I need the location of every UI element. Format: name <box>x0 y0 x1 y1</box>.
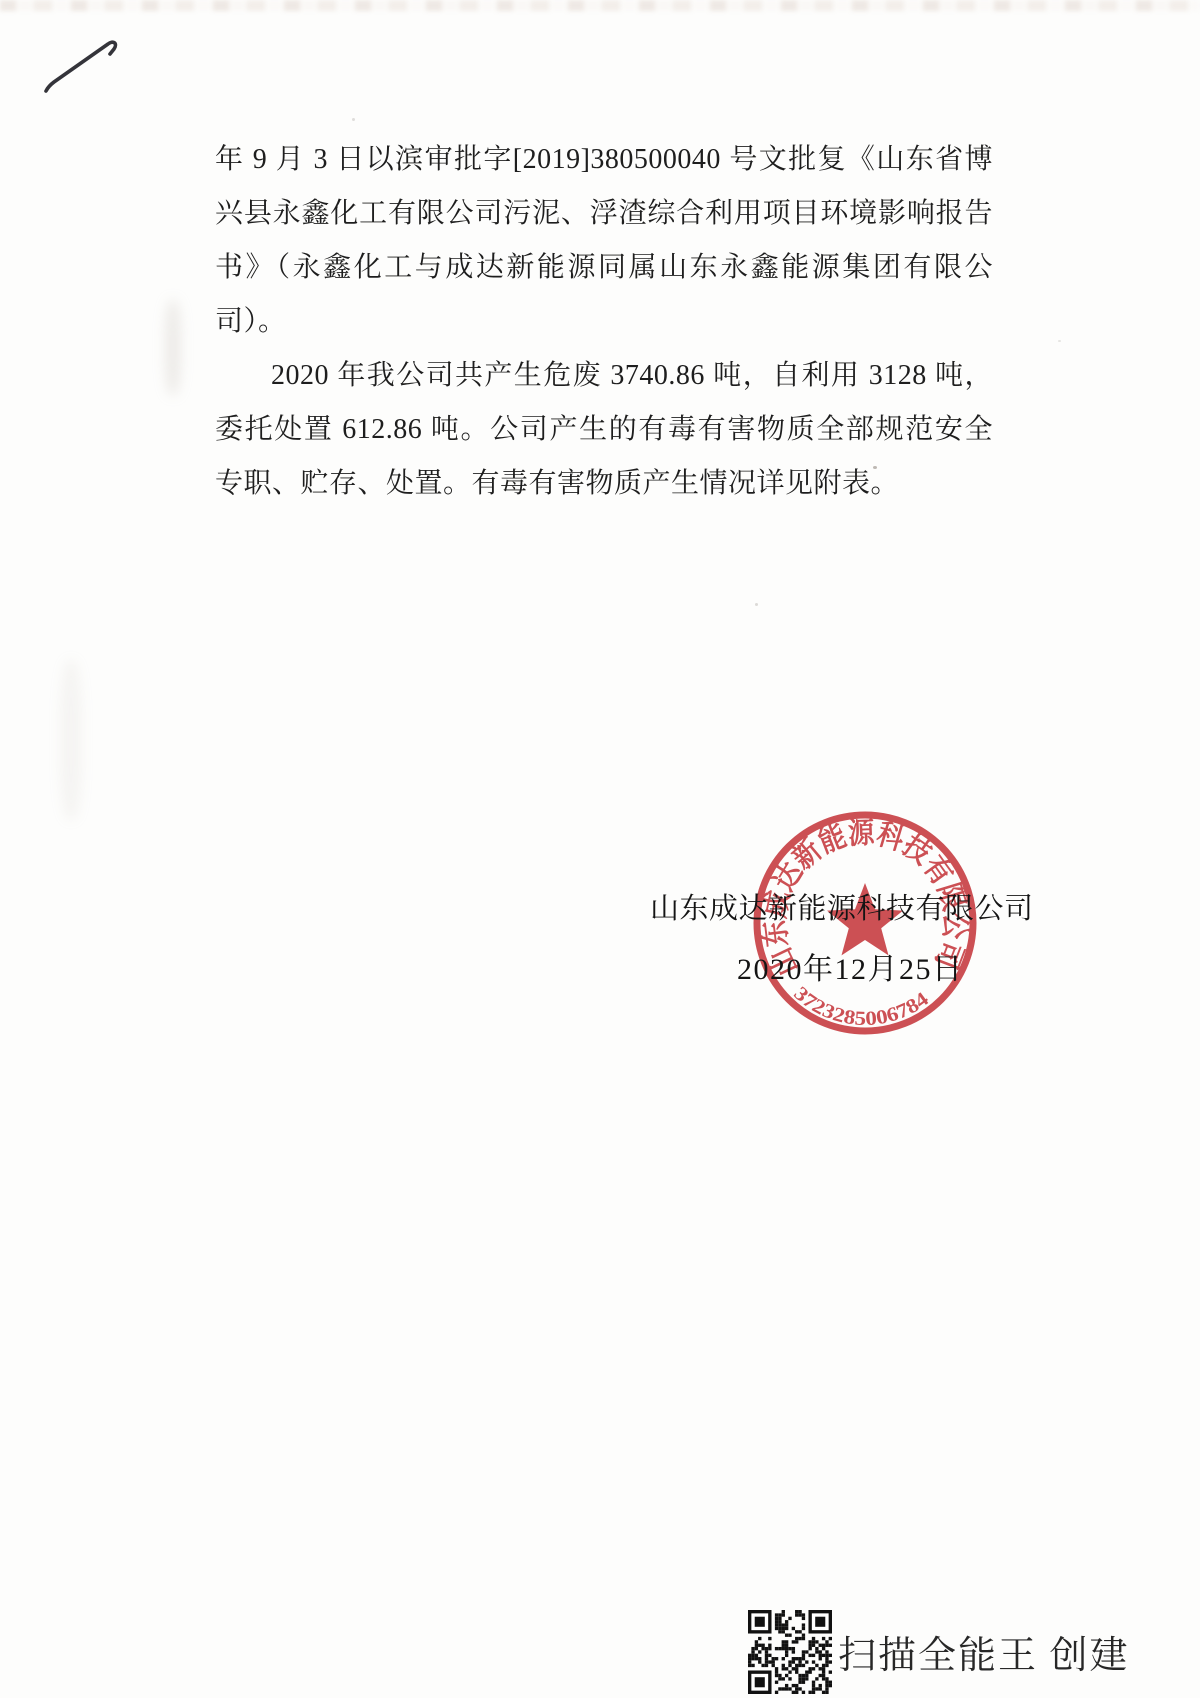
body-paragraph-1: 年 9 月 3 日以滨审批字[2019]380500040 号文批复《山东省博兴… <box>215 133 993 349</box>
document-body: 年 9 月 3 日以滨审批字[2019]380500040 号文批复《山东省博兴… <box>215 133 993 511</box>
scan-smudge <box>165 300 181 395</box>
signature-company-name: 山东成达新能源科技有限公司 <box>650 886 1034 927</box>
scan-noise-band <box>0 0 1200 11</box>
scan-speck <box>755 603 758 606</box>
scan-smudge <box>60 660 82 820</box>
body-paragraph-2: 2020 年我公司共产生危废 3740.86 吨，自利用 3128 吨，委托处置… <box>215 349 993 511</box>
pen-mark <box>30 25 140 105</box>
scan-speck <box>352 118 355 121</box>
scanner-watermark: 扫描全能王 创建 <box>838 1624 1130 1679</box>
scan-speck <box>1058 340 1061 342</box>
signature-date: 2020年12月25日 <box>737 944 964 988</box>
qr-code <box>748 1610 832 1694</box>
